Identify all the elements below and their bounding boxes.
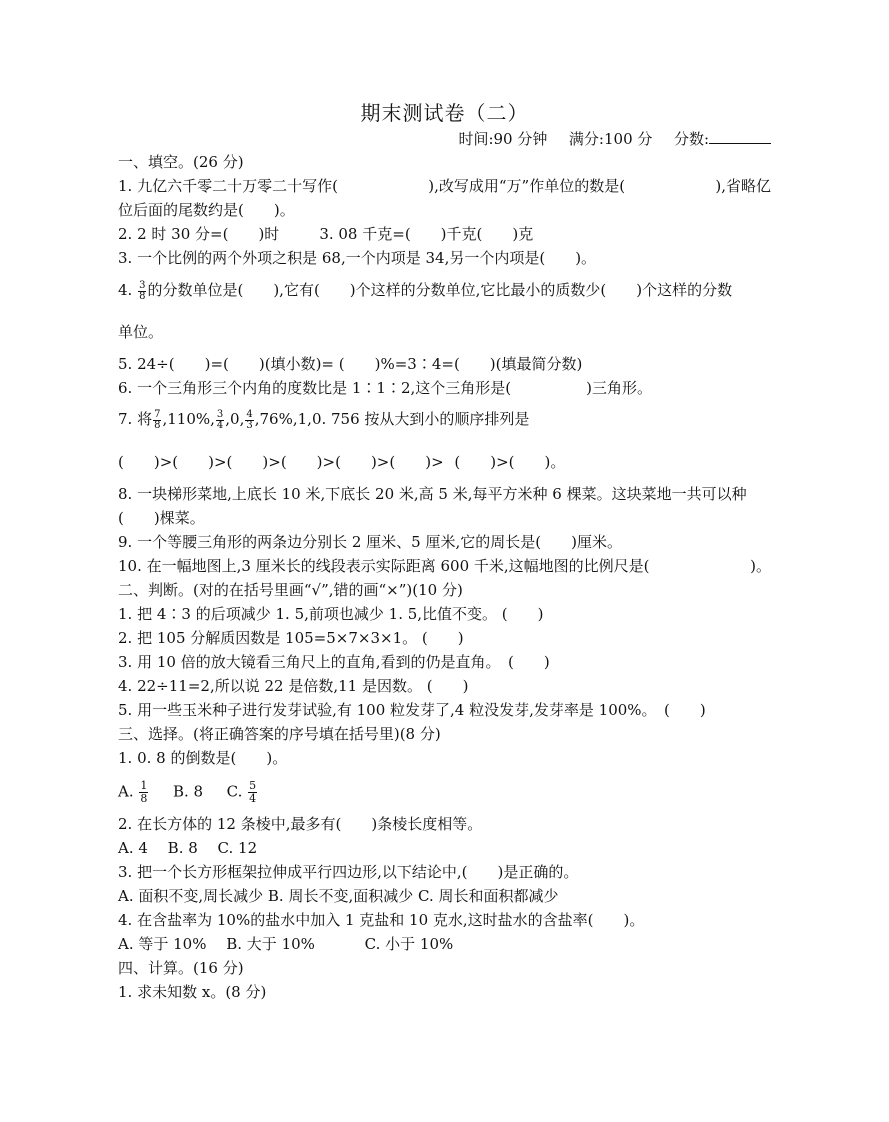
question-1-4-cont: 单位。 xyxy=(118,322,163,342)
question-3-4: 4. 在含盐率为 10%的盐水中加入 1 克盐和 10 克水,这时盐水的含盐率(… xyxy=(118,910,644,930)
question-1-9: 9. 一个等腰三角形的两条边分别长 2 厘米、5 厘米,它的周长是( )厘米。 xyxy=(118,532,622,552)
score-label: 分数: xyxy=(674,130,709,148)
question-1-6: 6. 一个三角形三个内角的度数比是 1∶1∶2,这个三角形是( )三角形。 xyxy=(118,378,652,398)
question-4-1: 1. 求未知数 x。(8 分) xyxy=(118,982,266,1002)
question-3-3: 3. 把一个长方形框架拉伸成平行四边形,以下结论中,( )是正确的。 xyxy=(118,862,578,882)
fraction: 18 xyxy=(139,780,148,805)
question-2-5: 5. 用一些玉米种子进行发芽试验,有 100 粒发芽了,4 粒没发芽,发芽率是 … xyxy=(118,700,706,720)
question-1-3: 3. 一个比例的两个外项之积是 68,一个内项是 34,另一个内项是( )。 xyxy=(118,248,596,268)
question-3-2: 2. 在长方体的 12 条棱中,最多有( )条棱长度相等。 xyxy=(118,814,482,834)
fraction: 43 xyxy=(245,410,253,431)
page-title: 期末测试卷（二） xyxy=(0,100,889,126)
question-1-1-cont: 位后面的尾数约是( )。 xyxy=(118,200,295,220)
fraction: 54 xyxy=(248,780,257,805)
fraction: 78 xyxy=(153,410,161,431)
question-1-7-answer: ( )>( )>( )>( )>( )>( )> ( )>( )。 xyxy=(118,452,565,472)
question-2-2: 2. 把 105 分解质因数是 105=5×7×3×1。 ( ) xyxy=(118,628,464,648)
question-1-8-cont: ( )棵菜。 xyxy=(118,508,205,528)
question-1-1: 1. 九亿六千零二十万零二十写作( ),改写成用“万”作单位的数是( ),省略亿 xyxy=(118,176,771,196)
section-heading-multiple-choice: 三、选择。(将正确答案的序号填在括号里)(8 分) xyxy=(118,724,441,744)
score-field[interactable] xyxy=(709,129,771,144)
question-2-3: 3. 用 10 倍的放大镜看三角尺上的直角,看到的仍是直角。 ( ) xyxy=(118,652,550,672)
question-1-7: 7. 将78,110%,34,0,43,76%,1,0. 756 按从大到小的顺… xyxy=(118,409,529,431)
question-3-4-options: A. 等于 10% B. 大于 10% C. 小于 10% xyxy=(118,934,453,954)
question-2-4: 4. 22÷11=2,所以说 22 是倍数,11 是因数。 ( ) xyxy=(118,676,468,696)
question-1-8: 8. 一块梯形菜地,上底长 10 米,下底长 20 米,高 5 米,每平方米种 … xyxy=(118,484,747,504)
question-1-10: 10. 在一幅地图上,3 厘米长的线段表示实际距离 600 千米,这幅地图的比例… xyxy=(118,556,771,576)
question-3-1-options: A. 18 B. 8 C. 54 xyxy=(118,780,258,805)
question-3-3-options: A. 面积不变,周长减少 B. 周长不变,面积减少 C. 周长和面积都减少 xyxy=(118,886,558,906)
fraction: 38 xyxy=(138,281,146,302)
question-1-5: 5. 24÷( )=( )(填小数)= ( )%=3∶4=( )(填最简分数) xyxy=(118,354,582,374)
exam-meta: 时间:90 分钟 满分:100 分 分数: xyxy=(458,129,771,149)
section-heading-calculation: 四、计算。(16 分) xyxy=(118,958,244,978)
section-heading-true-false: 二、判断。(对的在括号里画“√”,错的画“×”)(10 分) xyxy=(118,580,463,600)
time-limit: 时间:90 分钟 xyxy=(458,130,547,148)
question-1-2: 2. 2 时 30 分=( )时3. 08 千克=( )千克( )克 xyxy=(118,224,533,244)
question-3-1: 1. 0. 8 的倒数是( )。 xyxy=(118,748,287,768)
section-heading-fill-in: 一、填空。(26 分) xyxy=(118,152,244,172)
question-1-4: 4. 38的分数单位是( ),它有( )个这样的分数单位,它比最小的质数少( )… xyxy=(118,280,732,302)
question-3-2-options: A. 4 B. 8 C. 12 xyxy=(118,838,257,858)
fraction: 34 xyxy=(216,410,224,431)
question-2-1: 1. 把 4∶3 的后项减少 1. 5,前项也减少 1. 5,比值不变。 ( ) xyxy=(118,604,544,624)
full-score: 满分:100 分 xyxy=(569,130,652,148)
